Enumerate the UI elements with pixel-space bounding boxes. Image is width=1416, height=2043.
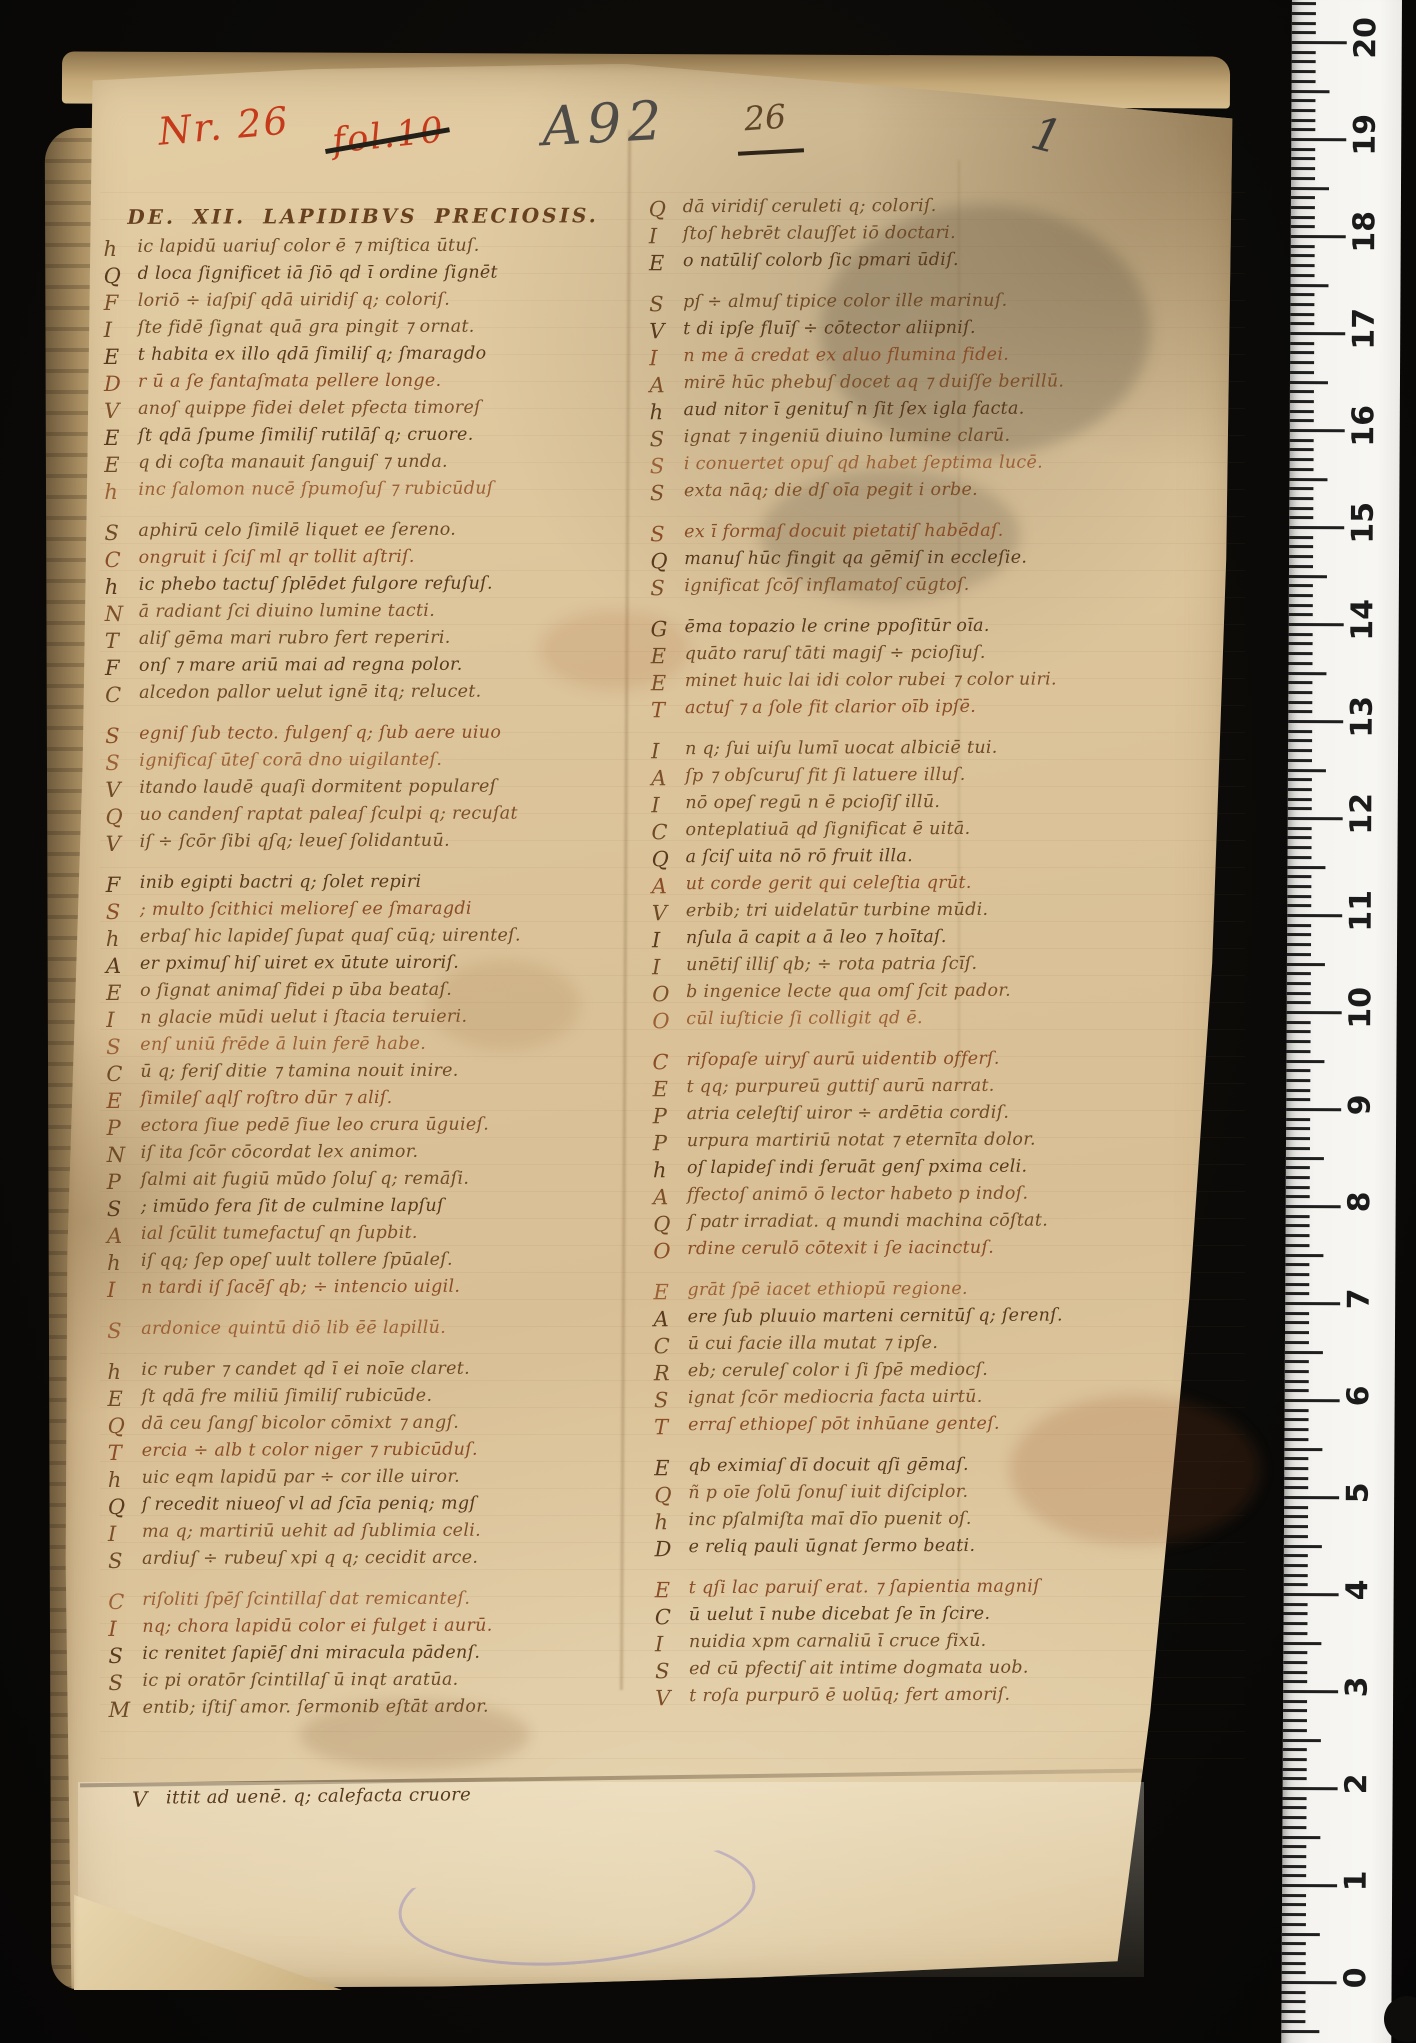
- verse-line: Vt roſa purpurō ē uolūq; fert amoriſ.: [655, 1684, 1240, 1714]
- verse-initial: E: [106, 981, 140, 1008]
- verse-line: Patria celeſtiſ uiror ÷ ardētia cordiſ.: [653, 1102, 1238, 1132]
- ruler-tick: [1289, 507, 1313, 510]
- verse-initial: S: [107, 1319, 141, 1346]
- ruler-tick: [1282, 1971, 1306, 1974]
- ruler-tick: [1285, 1244, 1309, 1247]
- verse-line: Verbib; tri uidelatūr turbine mūdi.: [652, 899, 1237, 929]
- verse-initial: S: [654, 1388, 688, 1415]
- verse-initial: P: [107, 1170, 141, 1197]
- verse-initial: I: [649, 224, 683, 251]
- ruler-tick: [1291, 177, 1315, 180]
- ruler-tick: [1292, 80, 1316, 83]
- ruler-tick: [1288, 807, 1312, 810]
- verse-initial: Q: [653, 1212, 687, 1239]
- ruler-tick: [1288, 662, 1312, 665]
- ruler-tick: [1283, 1806, 1307, 1809]
- verse-line: Ocūl iuſticie ſi colligit qd ē.: [652, 1007, 1237, 1037]
- verse-initial: C: [105, 683, 139, 710]
- verse-initial: I: [649, 346, 683, 373]
- ruler-tick: [1286, 1166, 1310, 1169]
- verse-line: Saphirū celo ſimilē liquet ee ſereno.: [104, 519, 664, 548]
- verse-line: Qdā viridiſ ceruleti q; coloriſ.: [649, 195, 1234, 225]
- verse-text: atria celeſtiſ uiror ÷ ardētia cordiſ.: [687, 1103, 1010, 1131]
- ruler-tick: [1288, 730, 1312, 733]
- verse-initial: I: [652, 955, 686, 982]
- ruler-tick: [1285, 1253, 1323, 1256]
- verse-text: iſ ÷ ſcōr ſibi qſq; leueſ ſolidantuū.: [140, 831, 450, 859]
- verse-initial: E: [655, 1578, 689, 1605]
- verse-text: dā viridiſ ceruleti q; coloriſ.: [683, 196, 937, 224]
- ruler-tick: [1291, 254, 1315, 257]
- ruler-tick: [1283, 1680, 1307, 1683]
- ruler-tick: [1288, 788, 1312, 791]
- ruler-tick: [1285, 1399, 1340, 1402]
- verse-text: onſ ⁊ mare ariū mai ad regna polor.: [139, 655, 463, 683]
- ruler-tick: [1285, 1409, 1309, 1412]
- verse-text: dā ceu ſangſ bicolor cōmixt ⁊ angſ.: [142, 1413, 460, 1441]
- verse-text: aliſ gēma mari rubro fert reperiri.: [139, 628, 451, 656]
- verse-text: oſ lapideſ indi ſeruāt genſ pxima celi.: [687, 1157, 1028, 1185]
- ruler-tick: [1291, 148, 1315, 151]
- verse-line: Sic pi oratōr ſcintillaſ ū inqt aratūa.: [108, 1669, 668, 1698]
- verse-text: a ſciſ uita nō rō fruit illa.: [686, 846, 914, 874]
- ruler-tick: [1291, 157, 1315, 160]
- verse-line: Significaſ ūteſ corā dno uigilanteſ.: [105, 749, 665, 778]
- ruler-tick: [1289, 477, 1327, 480]
- verse-text: ignat ſcōr mediocria facta uirtū.: [688, 1387, 983, 1415]
- ruler-tick: [1290, 429, 1345, 432]
- ruler-tick: [1285, 1273, 1309, 1276]
- verse-text: ; multo ſcithici melioreſ ee ſmaragdi: [140, 899, 472, 927]
- ruler-number: 0: [1338, 1956, 1373, 2000]
- verse-line: Quo candenſ raptat paleaſ ſculpi q; recu…: [105, 803, 665, 832]
- ruler-tick: [1282, 1942, 1306, 1945]
- ruler-tick: [1286, 1079, 1310, 1082]
- verse-line: Aer pximuſ hiſ uiret ex ūtute uiroriſ.: [106, 952, 666, 981]
- verse-line: Tactuſ ⁊ a ſole fit clarior oīb ipſē.: [651, 696, 1236, 726]
- verse-line: Calcedon pallor uelut ignē itq; relucet.: [105, 681, 665, 710]
- verse-line: hinc pſalmiſta maī dīo puenit oſ.: [654, 1508, 1239, 1538]
- verse-text: ercia ÷ alb t color niger ⁊ rubicūduſ.: [142, 1440, 478, 1468]
- verse-text: ū cui facie illa mutat ⁊ ipſe.: [688, 1333, 939, 1361]
- verse-line: Criſoliti ſpēſ ſcintillaſ dat remicanteſ…: [108, 1588, 668, 1617]
- ruler-tick: [1285, 1321, 1309, 1324]
- ruler-tick: [1288, 701, 1312, 704]
- verse-text: ial ſcūlit tumefactuſ qn ſupbit.: [141, 1223, 418, 1251]
- ruler-tick: [1285, 1263, 1309, 1266]
- ruler-tick: [1290, 342, 1314, 345]
- ruler-tick: [1284, 1457, 1308, 1460]
- verse-initial: C: [655, 1605, 689, 1632]
- verse-line: Cū q; feriſ ditie ⁊ tamina nouit inire.: [106, 1060, 666, 1089]
- verse-line: hinc ſalomon nucē ſpumoſuſ ⁊ rubicūduſ: [104, 478, 664, 507]
- ruler-tick: [1290, 448, 1314, 451]
- verse-initial: A: [653, 1185, 687, 1212]
- verse-text: iſ ita ſcōr cōcordat lex animor.: [141, 1142, 419, 1170]
- verse-text: t habita ex illo qdā ſimiliſ q; ſmaragdo: [138, 344, 487, 372]
- verse-initial: F: [104, 291, 138, 318]
- ink-number-annotation: 26: [743, 97, 788, 139]
- verse-initial: O: [653, 1239, 687, 1266]
- verse-initial: I: [104, 318, 138, 345]
- verse-line: Vt di ipſe fluīſ ÷ cōtector aliipniſ.: [649, 317, 1234, 347]
- verse-initial: V: [105, 778, 139, 805]
- verse-initial: E: [104, 453, 138, 480]
- verse-initial: S: [105, 724, 139, 751]
- ruler-tick: [1283, 1709, 1307, 1712]
- verse-initial: I: [108, 1522, 142, 1549]
- verse-initial: C: [654, 1334, 688, 1361]
- verse-text: ū uelut ī nube dicebat ſe īn ſcire.: [689, 1604, 991, 1632]
- verse-initial: Q: [654, 1483, 688, 1510]
- verse-initial: S: [650, 481, 684, 508]
- ruler-tick: [1283, 1797, 1307, 1800]
- verse-initial: O: [652, 982, 686, 1009]
- ruler-tick: [1291, 119, 1315, 122]
- ruler-tick: [1285, 1389, 1309, 1392]
- ruler-tick: [1285, 1283, 1309, 1286]
- ruler-tick: [1287, 992, 1311, 995]
- ruler-tick: [1287, 904, 1311, 907]
- verse-line: Qd loca ſignificet iā ſiō qd ī ordine ſi…: [104, 262, 664, 291]
- verse-text: n tardi iſ ſacēſ qb; ÷ intencio uigil.: [141, 1277, 460, 1305]
- ruler-tick: [1283, 1748, 1307, 1751]
- ruler-tick: [1286, 1137, 1310, 1140]
- ruler-tick: [1284, 1593, 1339, 1596]
- verse-line: Inq; chora lapidū color ei fulget i aurū…: [108, 1615, 668, 1644]
- verse-text: alcedon pallor uelut ignē itq; relucet.: [139, 682, 482, 710]
- ruler-tick: [1285, 1418, 1309, 1421]
- ruler-tick: [1284, 1496, 1339, 1499]
- verse-line: Et habita ex illo qdā ſimiliſ q; ſmaragd…: [104, 343, 664, 372]
- ruler-tick: [1281, 2029, 1319, 2032]
- verse-initial: S: [650, 427, 684, 454]
- verse-initial: Q: [108, 1414, 142, 1441]
- ruler-tick: [1290, 303, 1314, 306]
- verse-text: o ſignat animaſ fidei p ūba beataſ.: [140, 980, 452, 1008]
- ruler-tick: [1289, 604, 1313, 607]
- ruler-tick: [1286, 1059, 1324, 1062]
- verse-initial: P: [107, 1116, 141, 1143]
- ruler-tick: [1286, 1215, 1310, 1218]
- verse-line: In me ā credat ex aluo flumina fidei.: [649, 344, 1234, 374]
- verse-text: ū q; feriſ ditie ⁊ tamina nouit inire.: [140, 1061, 458, 1089]
- verse-text: ed cū pfectiſ ait intime dogmata uob.: [689, 1658, 1029, 1686]
- ruler-tick: [1285, 1380, 1309, 1383]
- verse-line: Terraſ ethiopeſ pōt inhūane genteſ.: [654, 1413, 1239, 1443]
- ruler-tick: [1284, 1535, 1308, 1538]
- ruler-tick: [1285, 1331, 1309, 1334]
- measurement-ruler: 01234567891011121314151617181920: [1281, 0, 1402, 2043]
- ruler-tick: [1286, 1127, 1310, 1130]
- ruler-tick: [1284, 1515, 1308, 1518]
- verse-line: In glacie mūdi uelut i ſtacia teruieri.: [106, 1006, 666, 1035]
- ruler-tick: [1288, 691, 1312, 694]
- ruler-tick: [1291, 109, 1315, 112]
- ruler-tick: [1290, 410, 1314, 413]
- ruler-tick: [1283, 1641, 1321, 1644]
- ruler-tick: [1291, 245, 1315, 248]
- ruler-tick: [1289, 497, 1313, 500]
- ruler-tick: [1287, 972, 1311, 975]
- ruler-tick: [1288, 681, 1312, 684]
- ruler-tick: [1291, 216, 1315, 219]
- verse-line: Gēma topazio le crine ppoſitūr oīa.: [651, 615, 1236, 645]
- ruler-tick: [1286, 1186, 1310, 1189]
- verse-initial: h: [104, 480, 138, 507]
- verse-initial: A: [107, 1224, 141, 1251]
- verse-text: n q; ſui uiſu lumī uocat albiciē tui.: [685, 738, 998, 766]
- verse-text: manuſ hūc fingit qa gēmiſ in eccleſie.: [684, 548, 1027, 576]
- verse-line: hic ruber ⁊ candet qd ī ei noīe claret.: [107, 1358, 667, 1387]
- ruler-tick: [1291, 89, 1329, 92]
- ruler-tick: [1291, 264, 1315, 267]
- verse-initial: I: [107, 1278, 141, 1305]
- ruler-tick: [1282, 1981, 1337, 1984]
- verse-line: Pſalmi ait fugiū mūdo ſoluſ q; remāſi.: [107, 1168, 667, 1197]
- ruler-tick: [1289, 526, 1344, 529]
- verse-line: Affectoſ animō ō lector habeto p indoſ.: [653, 1183, 1238, 1213]
- verse-text: b ingenice lecte qua omſ ſcit pador.: [686, 981, 1011, 1009]
- ruler-tick: [1286, 1050, 1310, 1053]
- ruler-tick: [1287, 943, 1311, 946]
- verse-line: Sic renitet ſapiēſ dni miracula pādenſ.: [108, 1642, 668, 1671]
- ruler-tick: [1283, 1787, 1338, 1790]
- verse-text: ic pi oratōr ſcintillaſ ū inqt aratūa.: [142, 1670, 458, 1698]
- verse-initial: h: [108, 1468, 142, 1495]
- verse-initial: S: [106, 1035, 140, 1062]
- ruler-number: 15: [1346, 501, 1381, 545]
- verse-initial: S: [108, 1549, 142, 1576]
- ruler-tick: [1287, 924, 1311, 927]
- manuscript-photo: Nr. 26 fol.10 A92 26 1 DE. XII. LAPIDIBV…: [0, 0, 1416, 2043]
- verse-line: Qa ſciſ uita nō rō fruit illa.: [652, 845, 1237, 875]
- ruler-tick: [1292, 51, 1316, 54]
- ruler-tick: [1287, 856, 1311, 859]
- verse-text: iſ qq; ſep opeſ uult tollere ſpūaleſ.: [141, 1250, 453, 1278]
- verse-line: In tardi iſ ſacēſ qb; ÷ intencio uigil.: [107, 1276, 667, 1305]
- ruler-tick: [1282, 1913, 1306, 1916]
- verse-line: Signat ſcōr mediocria facta uirtū.: [654, 1386, 1239, 1416]
- ruler-tick: [1282, 1865, 1306, 1868]
- verse-line: Nā radiant ſci diuino lumine tacti.: [105, 600, 665, 629]
- verse-initial: h: [650, 400, 684, 427]
- verse-initial: S: [104, 521, 138, 548]
- verse-line: Qmanuſ hūc fingit qa gēmiſ in eccleſie.: [650, 547, 1235, 577]
- ruler-tick: [1290, 458, 1314, 461]
- verse-initial: S: [655, 1659, 689, 1686]
- ruler-tick: [1290, 380, 1328, 383]
- verse-initial: S: [106, 900, 140, 927]
- verse-text: itando laudē quaſi dormitent populareſ: [139, 777, 496, 805]
- ruler-number: 5: [1341, 1471, 1376, 1515]
- verse-line: Aial ſcūlit tumefactuſ qn ſupbit.: [107, 1222, 667, 1251]
- ruler-number: 11: [1344, 889, 1379, 933]
- verse-line: Fonſ ⁊ mare ariū mai ad regna polor.: [105, 654, 665, 683]
- ruler-tick: [1288, 720, 1343, 723]
- verse-text: pſ ÷ almuſ tipice color ille marinuſ.: [683, 291, 1007, 319]
- ruler-tick: [1287, 933, 1311, 936]
- verse-text: uic eqm lapidū par ÷ cor ille uiror.: [142, 1467, 460, 1495]
- verse-text: inib egipti bactri q; ſolet repiri: [140, 872, 422, 900]
- verse-line: De reliq pauli ūgnat ſermo beati.: [655, 1535, 1240, 1565]
- ruler-tick: [1289, 536, 1313, 539]
- ruler-tick: [1288, 710, 1312, 713]
- verse-initial: E: [106, 1089, 140, 1116]
- ruler-tick: [1292, 70, 1316, 73]
- verse-initial: h: [654, 1510, 688, 1537]
- verse-text: ignificaſ ūteſ corā dno uigilanteſ.: [139, 750, 442, 778]
- ruler-tick: [1282, 1962, 1306, 1965]
- verse-line: Cū uelut ī nube dicebat ſe īn ſcire.: [655, 1603, 1240, 1633]
- verse-text: uo candenſ raptat paleaſ ſculpi q; recuſ…: [139, 804, 517, 832]
- ruler-tick: [1288, 827, 1312, 830]
- verse-text: ſimileſ aqlſ roſtro dūr ⁊ aliſ.: [140, 1088, 392, 1116]
- ruler-tick: [1287, 914, 1342, 917]
- verse-line: Qſ patr irradiat. q mundi machina cōſtat…: [653, 1210, 1238, 1240]
- verse-text: ſ patr irradiat. q mundi machina cōſtat.: [687, 1211, 1048, 1240]
- verse-initial: C: [652, 1050, 686, 1077]
- verse-text: qb eximiaſ dī docuit qſi gēmaſ.: [688, 1455, 969, 1483]
- verse-initial: h: [653, 1158, 687, 1185]
- ruler-number: 4: [1340, 1568, 1375, 1612]
- verse-initial: Q: [108, 1495, 142, 1522]
- verse-initial: h: [106, 927, 140, 954]
- ruler-tick: [1288, 836, 1312, 839]
- ruler-tick: [1289, 516, 1313, 519]
- ruler-tick: [1284, 1438, 1308, 1441]
- verse-line: Si conuertet opuſ qd habet ſeptima lucē.: [650, 452, 1235, 482]
- verse-text: i conuertet opuſ qd habet ſeptima lucē.: [684, 453, 1043, 482]
- verse-line: Eſt qdā fre miliū ſimiliſ rubicūde.: [107, 1385, 667, 1414]
- ruler-tick: [1286, 1108, 1341, 1111]
- verse-initial: G: [651, 617, 685, 644]
- ruler-tick: [1284, 1612, 1308, 1615]
- ruler-tick: [1288, 759, 1312, 762]
- ruler-tick: [1292, 31, 1316, 34]
- ruler-tick: [1283, 1671, 1307, 1674]
- verse-initial: S: [108, 1644, 142, 1671]
- ruler-tick: [1283, 1661, 1307, 1664]
- verse-text: nuidia xpm carnaliū ī cruce fixū.: [689, 1631, 987, 1659]
- ruler-tick: [1286, 1156, 1324, 1159]
- ruler-tick: [1282, 1884, 1337, 1887]
- verse-text: urpura martiriū notat ⁊ eternīta dolor.: [687, 1130, 1036, 1159]
- ruler-tick: [1288, 778, 1312, 781]
- verse-line: Finib egipti bactri q; ſolet repiri: [106, 871, 666, 900]
- verse-line: In q; ſui uiſu lumī uocat albiciē tui.: [651, 737, 1236, 767]
- verse-line: Eqb eximiaſ dī docuit qſi gēmaſ.: [654, 1454, 1239, 1484]
- ruler-tick: [1284, 1603, 1308, 1606]
- verse-line: Qſ recedit niueoſ vl ad ſcīa peniq; mgſ: [108, 1493, 668, 1522]
- verse-line: Segniſ ſub tecto. fulgenſ q; ſub aere ui…: [105, 722, 665, 751]
- ruler-tick: [1287, 962, 1325, 965]
- verse-initial: T: [654, 1415, 688, 1442]
- verse-text: ic phebo tactuſ ſplēdet fulgore refuſuſ.: [139, 574, 493, 602]
- verse-initial: T: [108, 1441, 142, 1468]
- verse-line: haud nitor ī genituſ n ſit ſex igla fact…: [650, 398, 1235, 428]
- verse-initial: S: [650, 454, 684, 481]
- verse-text: ēma topazio le crine ppoſitūr oīa.: [685, 616, 990, 644]
- verse-line: hic phebo tactuſ ſplēdet fulgore refuſuſ…: [105, 573, 665, 602]
- ruler-tick: [1291, 128, 1315, 131]
- ruler-tick: [1292, 12, 1316, 15]
- verse-text: grāt ſpē iacet ethiopū regione.: [687, 1279, 967, 1307]
- ruler-tick: [1291, 206, 1315, 209]
- ruler-tick: [1287, 953, 1311, 956]
- verse-line: Vitando laudē quaſi dormitent populareſ: [105, 776, 665, 805]
- verse-text: ere ſub pluuio marteni cernitūſ q; ſeren…: [688, 1305, 1063, 1334]
- ruler-tick: [1286, 1089, 1310, 1092]
- ruler-tick: [1290, 293, 1314, 296]
- verse-text: ffectoſ animō ō lector habeto p indoſ.: [687, 1184, 1028, 1212]
- ruler-tick: [1282, 1932, 1320, 1935]
- verse-initial: V: [104, 399, 138, 426]
- ruler-tick: [1292, 60, 1316, 63]
- ruler-tick: [1285, 1370, 1309, 1373]
- ruler-tick: [1285, 1292, 1309, 1295]
- ruler-number: 6: [1341, 1374, 1376, 1418]
- verse-line: Qdā ceu ſangſ bicolor cōmixt ⁊ angſ.: [108, 1412, 668, 1441]
- verse-text: ex ī formaſ docuit pietatiſ habēdaſ.: [684, 521, 1004, 549]
- verse-initial: C: [651, 820, 685, 847]
- ruler-tick: [1283, 1622, 1307, 1625]
- verse-line: hiſ qq; ſep opeſ uult tollere ſpūaleſ.: [107, 1249, 667, 1278]
- ruler-tick: [1282, 1991, 1306, 1994]
- verse-line: Vanoſ quippe fidei delet pfecta timoreſ: [104, 397, 664, 426]
- ruler-tick: [1282, 1952, 1306, 1955]
- verse-text: riſoliti ſpēſ ſcintillaſ dat remicanteſ.: [142, 1589, 470, 1617]
- verse-initial: I: [652, 928, 686, 955]
- verse-text: ut corde gerit qui celeſtia qrūt.: [686, 873, 972, 901]
- verse-line: Spſ ÷ almuſ tipice color ille marinuſ.: [649, 290, 1234, 320]
- verse-initial: O: [652, 1009, 686, 1036]
- ruler-number: 12: [1344, 792, 1379, 836]
- ruler-tick: [1283, 1719, 1307, 1722]
- ruler-tick: [1287, 895, 1311, 898]
- ruler-tick: [1291, 225, 1315, 228]
- verse-line: Ima q; martiriū uehit ad ſublimia celi.: [108, 1520, 668, 1549]
- verse-initial: R: [654, 1361, 688, 1388]
- verse-text: ſt qdā ſpume ſimiliſ rutilāſ q; cruore.: [138, 425, 473, 453]
- ruler-tick: [1283, 1632, 1307, 1635]
- verse-line: Tercia ÷ alb t color niger ⁊ rubicūduſ.: [108, 1439, 668, 1468]
- verse-initial: h: [103, 237, 137, 264]
- ruler-tick: [1290, 371, 1314, 374]
- verse-initial: A: [106, 954, 140, 981]
- ruler-number: 14: [1345, 598, 1380, 642]
- ruler-tick: [1289, 652, 1313, 655]
- ruler-tick: [1288, 749, 1312, 752]
- verse-text: erbib; tri uidelatūr turbine mūdi.: [686, 900, 989, 928]
- verse-line: Iſtoſ hebrēt clauſſet iō doctari.: [649, 222, 1234, 252]
- verse-line: Congruit i ſciſ ml qr tollit aſtriſ.: [105, 546, 665, 575]
- ruler-number: 19: [1348, 113, 1383, 157]
- verse-line: S; multo ſcithici melioreſ ee ſmaragdi: [106, 898, 666, 927]
- ruler-tick: [1291, 186, 1329, 189]
- verse-line: hic lapidū uariuſ color ē ⁊ miſtica ūtuſ…: [103, 235, 663, 264]
- ruler-tick: [1286, 1098, 1310, 1101]
- ruler-number: 16: [1346, 404, 1381, 448]
- ruler-tick: [1288, 846, 1312, 849]
- ruler-tick: [1289, 545, 1313, 548]
- verse-text: inc pſalmiſta maī dīo puenit oſ.: [688, 1509, 971, 1537]
- ruler-tick: [1282, 1816, 1306, 1819]
- verse-initial: I: [651, 793, 685, 820]
- verse-text: cūl iuſticie ſi colligit qd ē.: [686, 1008, 923, 1036]
- verse-initial: E: [654, 1456, 688, 1483]
- ruler-number: 7: [1342, 1277, 1377, 1321]
